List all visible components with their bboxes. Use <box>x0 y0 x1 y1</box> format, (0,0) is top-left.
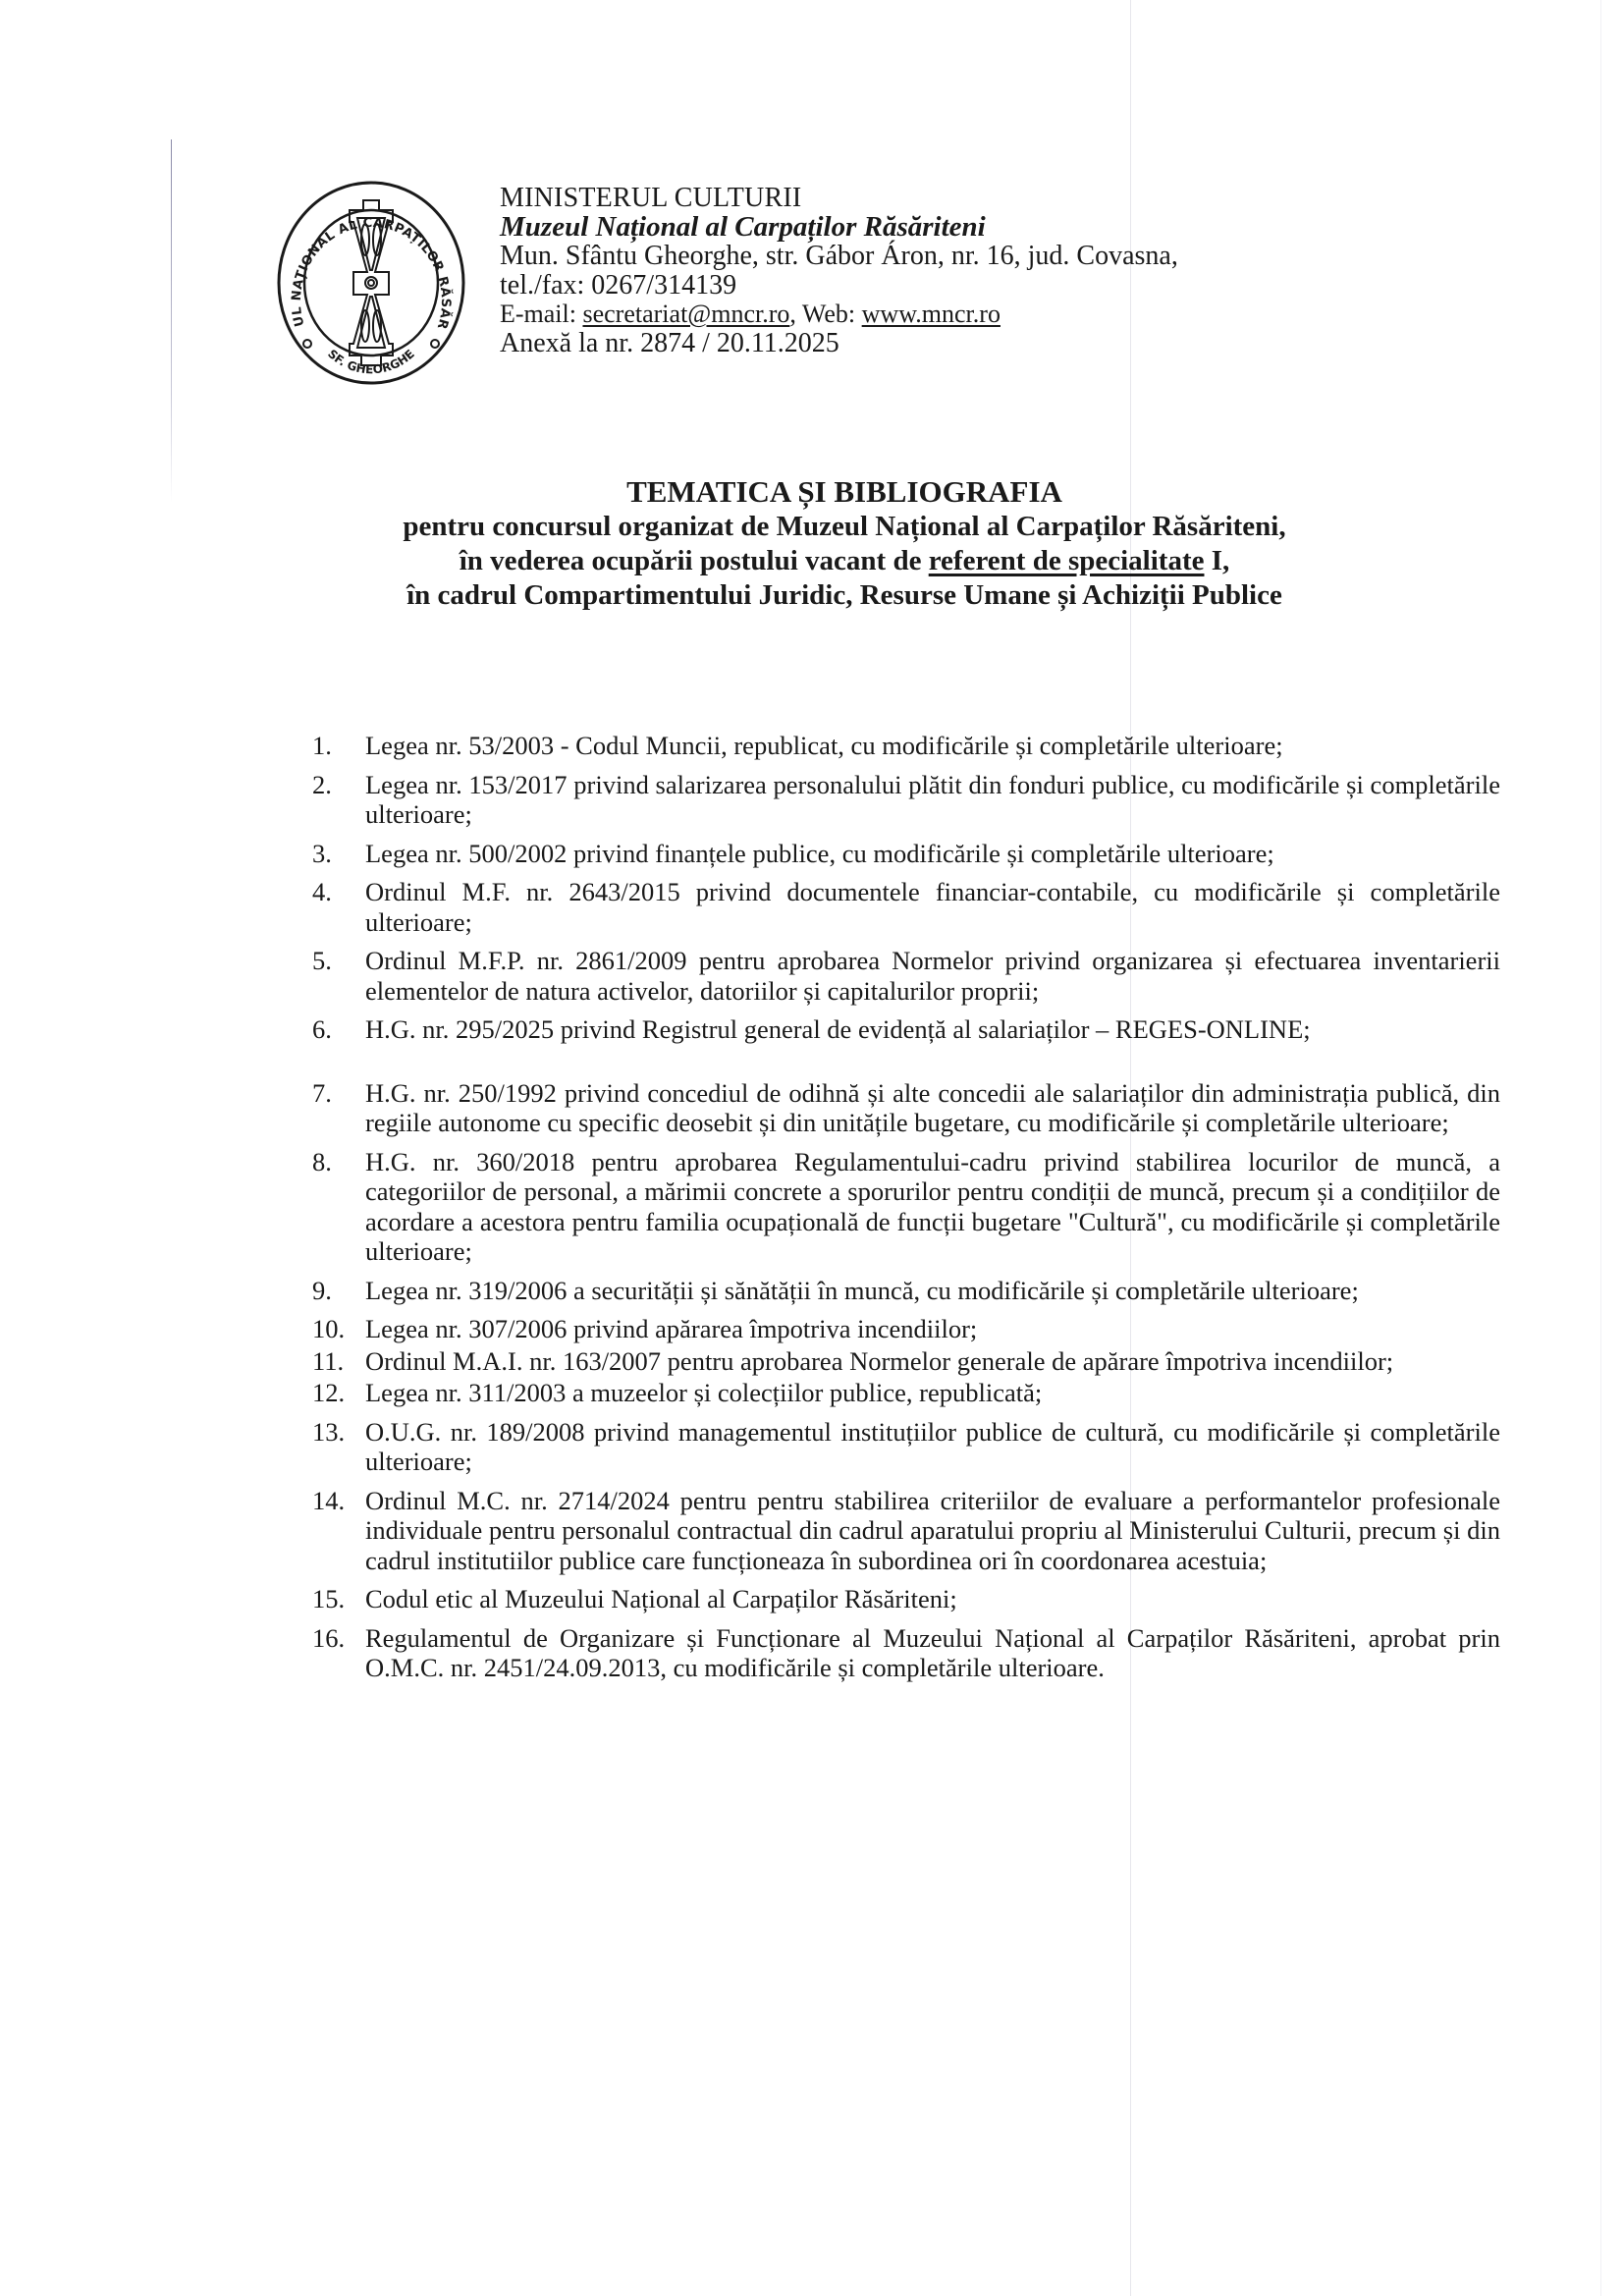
title-line: în cadrul Compartimentului Juridic, Resu… <box>295 578 1394 613</box>
item-number: 2. <box>312 770 332 800</box>
title-text: I, <box>1204 545 1229 576</box>
annex-reference: Anexă la nr. 2874 / 20.11.2025 <box>500 329 1178 358</box>
bibliography-item: 12.Legea nr. 311/2003 a muzeelor și cole… <box>312 1378 1500 1408</box>
address: Mun. Sfântu Gheorghe, str. Gábor Áron, n… <box>500 242 1178 271</box>
item-text: H.G. nr. 360/2018 pentru aprobarea Regul… <box>365 1147 1500 1267</box>
bibliography-item: 7.H.G. nr. 250/1992 privind concediul de… <box>312 1078 1500 1138</box>
scan-artifact-line <box>1600 0 1601 2296</box>
item-text: Legea nr. 307/2006 privind apărarea împo… <box>365 1314 977 1343</box>
museum-name: Muzeul Național al Carpaților Răsăriteni <box>500 213 1178 243</box>
item-text: H.G. nr. 250/1992 privind concediul de o… <box>365 1078 1500 1138</box>
item-text: Legea nr. 153/2017 privind salarizarea p… <box>365 770 1500 830</box>
item-number: 8. <box>312 1147 332 1177</box>
letterhead: MINISTERUL CULTURII Muzeul Național al C… <box>500 184 1178 357</box>
item-text: Legea nr. 500/2002 privind finanțele pub… <box>365 839 1274 868</box>
bibliography-item: 3.Legea nr. 500/2002 privind finanțele p… <box>312 839 1500 869</box>
bibliography-item: 4.Ordinul M.F. nr. 2643/2015 privind doc… <box>312 877 1500 937</box>
bibliography-item: 16.Regulamentul de Organizare și Funcțio… <box>312 1623 1500 1683</box>
seal-ring-text: SF. GHEORGHE <box>325 347 417 376</box>
item-number: 4. <box>312 877 332 907</box>
bibliography-item: 5.Ordinul M.F.P. nr. 2861/2009 pentru ap… <box>312 946 1500 1006</box>
bibliography-item: 9.Legea nr. 319/2006 a securității și să… <box>312 1276 1500 1306</box>
position-name: referent de specialitate <box>929 545 1205 576</box>
scan-artifact-line <box>171 139 172 503</box>
item-number: 1. <box>312 731 332 761</box>
title-text: în vederea ocupării postului vacant de <box>460 545 929 576</box>
item-number: 16. <box>312 1623 345 1654</box>
item-number: 11. <box>312 1346 344 1377</box>
item-text: Legea nr. 53/2003 - Codul Muncii, republ… <box>365 731 1283 760</box>
bibliography-item: 15.Codul etic al Muzeului Național al Ca… <box>312 1584 1500 1614</box>
item-text: Legea nr. 311/2003 a muzeelor și colecți… <box>365 1378 1042 1407</box>
item-text: Codul etic al Muzeului Național al Carpa… <box>365 1584 957 1613</box>
title-line: în vederea ocupării postului vacant de r… <box>295 544 1394 578</box>
bibliography-item: 2.Legea nr. 153/2017 privind salarizarea… <box>312 770 1500 830</box>
item-text: Legea nr. 319/2006 a securității și sănă… <box>365 1276 1359 1305</box>
bibliography-item: 14.Ordinul M.C. nr. 2714/2024 pentru pen… <box>312 1486 1500 1576</box>
title-heading: TEMATICA ȘI BIBLIOGRAFIA <box>295 474 1394 510</box>
bibliography-list: 1.Legea nr. 53/2003 - Codul Muncii, repu… <box>312 731 1500 1692</box>
web-label: , Web: <box>789 300 861 328</box>
item-number: 14. <box>312 1486 345 1516</box>
item-number: 5. <box>312 946 332 976</box>
item-text: H.G. nr. 295/2025 privind Registrul gene… <box>365 1014 1311 1044</box>
document-title: TEMATICA ȘI BIBLIOGRAFIA pentru concursu… <box>295 474 1394 613</box>
item-text: Ordinul M.C. nr. 2714/2024 pentru pentru… <box>365 1486 1500 1575</box>
item-text: Ordinul M.F. nr. 2643/2015 privind docum… <box>365 877 1500 937</box>
bibliography-item: 8.H.G. nr. 360/2018 pentru aprobarea Reg… <box>312 1147 1500 1267</box>
svg-text:SF. GHEORGHE: SF. GHEORGHE <box>325 347 417 376</box>
item-text: Ordinul M.F.P. nr. 2861/2009 pentru apro… <box>365 946 1500 1006</box>
bibliography-item: 11.Ordinul M.A.I. nr. 163/2007 pentru ap… <box>312 1346 1500 1377</box>
bibliography-item: 6.H.G. nr. 295/2025 privind Registrul ge… <box>312 1014 1500 1045</box>
bibliography-item: 10.Legea nr. 307/2006 privind apărarea î… <box>312 1314 1500 1344</box>
phone-fax: tel./fax: 0267/314139 <box>500 271 1178 301</box>
item-number: 15. <box>312 1584 345 1614</box>
bibliography-item: 1.Legea nr. 53/2003 - Codul Muncii, repu… <box>312 731 1500 761</box>
ministry-name: MINISTERUL CULTURII <box>500 184 1178 213</box>
item-number: 12. <box>312 1378 345 1408</box>
bibliography-item: 13.O.U.G. nr. 189/2008 privind managemen… <box>312 1417 1500 1477</box>
item-number: 3. <box>312 839 332 869</box>
museum-seal-logo-icon: MUZEUL NAȚIONAL AL CARPAȚILOR RĂSĂRITENI… <box>275 179 467 387</box>
website-link[interactable]: www.mncr.ro <box>862 300 1001 328</box>
contact-line: E-mail: secretariat@mncr.ro, Web: www.mn… <box>500 300 1178 329</box>
item-number: 6. <box>312 1014 332 1045</box>
item-number: 9. <box>312 1276 332 1306</box>
item-number: 10. <box>312 1314 345 1344</box>
title-line: pentru concursul organizat de Muzeul Naț… <box>295 510 1394 544</box>
email-label: E-mail: <box>500 300 582 328</box>
item-text: O.U.G. nr. 189/2008 privind managementul… <box>365 1417 1500 1477</box>
item-number: 13. <box>312 1417 345 1448</box>
email-link[interactable]: secretariat@mncr.ro <box>582 300 789 328</box>
item-text: Regulamentul de Organizare și Funcționar… <box>365 1623 1500 1683</box>
item-text: Ordinul M.A.I. nr. 163/2007 pentru aprob… <box>365 1346 1393 1376</box>
item-number: 7. <box>312 1078 332 1109</box>
